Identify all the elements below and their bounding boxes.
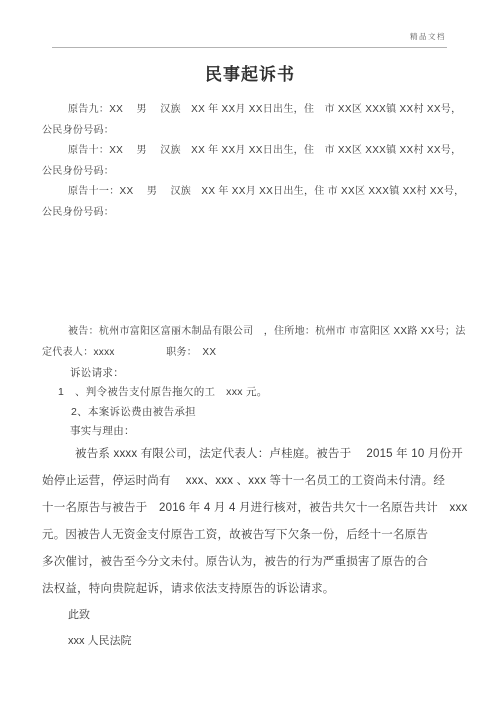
- plaintiff-ten-paragraph: 原告十：XX 男 汉族 XX 年 XX月 XX日出生，住 市 XX区 XXX镇 …: [42, 141, 462, 182]
- plaintiff-nine-paragraph: 原告九：XX 男 汉族 XX 年 XX月 XX日出生，住 市 XX区 XXX镇 …: [42, 100, 462, 141]
- watermark-text: 精品文档: [410, 31, 446, 42]
- claims-section: 诉讼请求： 1 、判令被告支付原告拖欠的工 xxx 元。 2、本案诉讼费由被告承…: [42, 364, 462, 441]
- facts-heading: 事实与理由：: [42, 422, 462, 441]
- defendant-paragraph: 被告：杭州市富阳区富丽木制品有限公司 ，住所地：杭州市 市富阳区 XX路 XX号…: [42, 321, 462, 363]
- claims-heading: 诉讼请求：: [42, 364, 462, 383]
- document-page: 精品文档 民事起诉书 原告九：XX 男 汉族 XX 年 XX月 XX日出生，住 …: [0, 0, 500, 708]
- claim-item-1: 1 、判令被告支付原告拖欠的工 xxx 元。: [42, 383, 462, 402]
- claim-item-2: 2、本案诉讼费由被告承担: [42, 403, 462, 422]
- header-divider: [52, 47, 447, 48]
- plaintiff-eleven-paragraph: 原告十一：XX 男 汉族 XX 年 XX月 XX日出生，住 市 XX区 XXX镇…: [42, 182, 462, 223]
- document-title: 民事起诉书: [0, 60, 500, 85]
- plaintiffs-section: 原告九：XX 男 汉族 XX 年 XX月 XX日出生，住 市 XX区 XXX镇 …: [42, 100, 462, 224]
- court-name: xxx 人民法院: [42, 632, 132, 648]
- closing-salute: 此致: [42, 606, 90, 622]
- facts-paragraph: 被告系 xxxx 有限公司，法定代表人：卢桂庭。被告于 2015 年 10 月份…: [42, 441, 466, 603]
